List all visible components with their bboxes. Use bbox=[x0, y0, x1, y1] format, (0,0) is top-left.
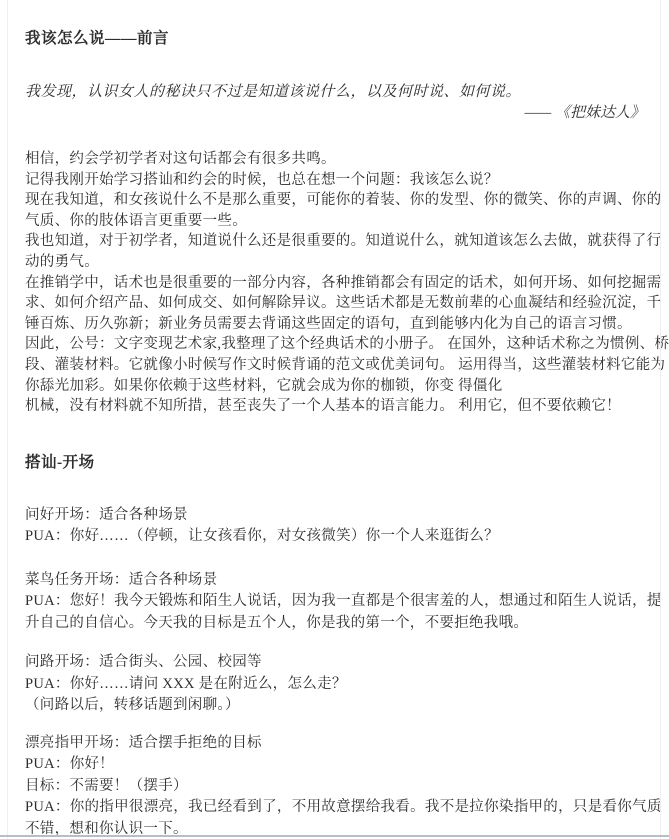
epigraph-quote: 我发现，认识女人的秘诀只不过是知道该说什么，以及何时说、如何说。 bbox=[25, 82, 645, 103]
opener-line: PUA：你好……请问 XXX 是在附近么，怎么走？ bbox=[25, 674, 645, 696]
document-content: 我该怎么说——前言 我发现，认识女人的秘诀只不过是知道该说什么，以及何时说、如何… bbox=[0, 0, 669, 839]
intro-line: 气质、你的肢体语言更重要一些。 bbox=[25, 211, 645, 232]
opener-line: （问路以后，转移话题到闲聊。） bbox=[25, 695, 645, 717]
intro-line: 你舔光加彩。如果你依赖于这些材料，它就会成为你的枷锁，你变 得僵化 bbox=[25, 376, 645, 397]
opener-line: PUA：你的指甲很漂亮，我已经看到了，不用故意摆给我看。我不是拉你染指甲的，只是… bbox=[25, 797, 645, 819]
intro-line: 我也知道，对于初学者，知道说什么还是很重要的。知道说什么，就知道该怎么去做，就获… bbox=[25, 231, 645, 252]
opener-line: PUA：你好！ bbox=[25, 754, 645, 776]
opener-line: 升自己的自信心。今天我的目标是五个人，你是我的第一个，不要拒绝我哦。 bbox=[25, 613, 645, 635]
opener-line: PUA：你好……（停顿，让女孩看你，对女孩微笑）你一个人来逛街么？ bbox=[25, 526, 645, 548]
opener-header: 问好开场：适合各种场景 bbox=[25, 505, 645, 527]
opener-block-pretty-nails: 漂亮指甲开场：适合摆手拒绝的目标 PUA：你好！ 目标：不需要！（摆手） PUA… bbox=[25, 733, 645, 839]
intro-line: 记得我刚开始学习搭讪和约会的时候，也总在想一个问题：我该怎么说？ bbox=[25, 170, 645, 191]
opener-header: 问路开场：适合街头、公园、校园等 bbox=[25, 652, 645, 674]
opener-block-greeting: 问好开场：适合各种场景 PUA：你好……（停顿，让女孩看你，对女孩微笑）你一个人… bbox=[25, 505, 645, 548]
opener-header: 菜鸟任务开场：适合各种场景 bbox=[25, 570, 645, 592]
page-edge-bottom bbox=[0, 835, 669, 837]
doc-title: 我该怎么说——前言 bbox=[25, 29, 645, 48]
epigraph-attribution: —— 《把妹达人》 bbox=[25, 103, 645, 124]
intro-line: 机械，没有材料就不知所措，甚至丧失了一个人基本的语言能力。 利用它，但不要依赖它… bbox=[25, 396, 645, 417]
page-edge-right bbox=[660, 0, 661, 839]
opener-header: 漂亮指甲开场：适合摆手拒绝的目标 bbox=[25, 733, 645, 755]
intro-line: 现在我知道，和女孩说什么不是那么重要，可能你的着装、你的发型、你的微笑、你的声调… bbox=[25, 190, 645, 211]
intro-line: 相信，约会学初学者对这句话都会有很多共鸣。 bbox=[25, 149, 645, 170]
intro-line: 因此，公号：文字变现艺术家,我整理了这个经典话术的小册子。 在国外，这种话术称之… bbox=[25, 334, 645, 355]
intro-line: 求、如何介绍产品、如何成交、如何解除异议。这些话术都是无数前辈的心血凝结和经验沉… bbox=[25, 293, 645, 314]
opener-line: PUA：您好！我今天锻炼和陌生人说话，因为我一直都是个很害羞的人，想通过和陌生人… bbox=[25, 591, 645, 613]
intro-paragraphs: 相信，约会学初学者对这句话都会有很多共鸣。 记得我刚开始学习搭讪和约会的时候，也… bbox=[25, 149, 645, 417]
intro-line: 动的勇气。 bbox=[25, 252, 645, 273]
intro-line: 段、灌装材料。它就像小时候写作文时候背诵的范文或优美词句。 运用得当，这些灌装材… bbox=[25, 355, 645, 376]
intro-line: 在推销学中，话术也是很重要的一部分内容，各种推销都会有固定的话术，如何开场、如何… bbox=[25, 273, 645, 294]
opener-block-ask-directions: 问路开场：适合街头、公园、校园等 PUA：你好……请问 XXX 是在附近么，怎么… bbox=[25, 652, 645, 717]
section-title: 搭讪-开场 bbox=[25, 453, 645, 472]
opener-line: 目标：不需要！（摆手） bbox=[25, 776, 645, 798]
document-page: 我该怎么说——前言 我发现，认识女人的秘诀只不过是知道该说什么，以及何时说、如何… bbox=[0, 0, 669, 839]
intro-line: 锤百炼、历久弥新；新业务员需要去背诵这些固定的语句，直到能够内化为自己的语言习惯… bbox=[25, 314, 645, 335]
opener-block-newbie-task: 菜鸟任务开场：适合各种场景 PUA：您好！我今天锻炼和陌生人说话，因为我一直都是… bbox=[25, 570, 645, 635]
page-edge-left bbox=[7, 0, 8, 839]
